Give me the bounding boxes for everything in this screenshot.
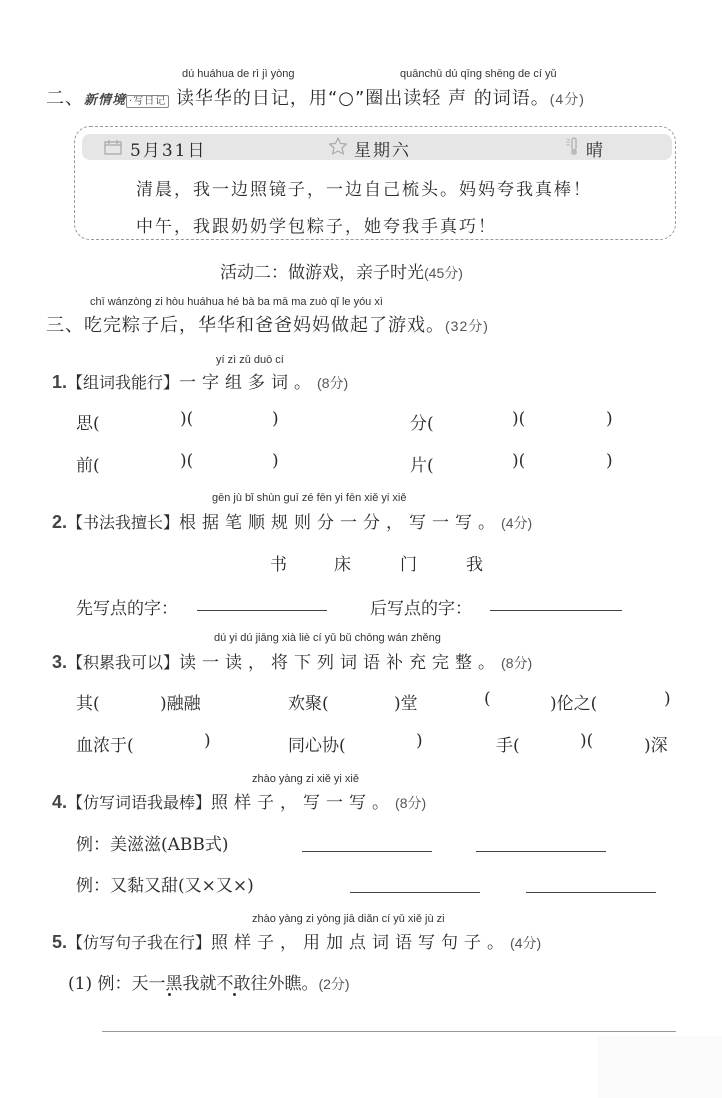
label-last-dot: 后写点的字： bbox=[370, 594, 472, 619]
word-blank: 分( bbox=[410, 409, 434, 434]
answer-line[interactable] bbox=[350, 892, 480, 893]
word-blank[interactable]: ) bbox=[606, 451, 613, 471]
question-text: 根据笔顺规则分一分，写一写。 bbox=[179, 513, 501, 533]
question-number: 5. bbox=[52, 932, 67, 952]
idiom-blank[interactable]: )( bbox=[580, 731, 593, 751]
emphasis-dot bbox=[168, 993, 171, 996]
idiom-blank[interactable]: ) bbox=[416, 731, 423, 751]
activity-title: 活动二：做游戏，亲子时光(45分) bbox=[220, 258, 463, 283]
score: (32分) bbox=[445, 318, 489, 334]
scan-artifact bbox=[598, 1036, 722, 1098]
idiom-blank[interactable]: )融融 bbox=[160, 689, 201, 714]
answer-line[interactable] bbox=[102, 1031, 676, 1032]
char-men: 门 bbox=[400, 550, 417, 575]
section-3-heading: 三、吃完粽子后，华华和爸爸妈妈做起了游戏。(32分) bbox=[46, 311, 489, 337]
idiom-blank[interactable]: )深 bbox=[644, 731, 668, 756]
section-number: 三、 bbox=[46, 315, 84, 336]
idiom-blank: 手( bbox=[496, 731, 520, 756]
emphasis-dot bbox=[233, 993, 236, 996]
question-1-heading: 1.【组词我能行】一字组多词。(8分) bbox=[52, 368, 348, 393]
scenario-badge: 新情境 bbox=[84, 93, 126, 108]
sentence-example-text: (1) 例：天一黑我就不敢往外瞧。 bbox=[68, 974, 318, 994]
section-number: 二、 bbox=[46, 88, 84, 109]
instruction-text: 圈出读轻 声 的词语。 bbox=[365, 88, 549, 109]
question-3-heading: 3.【积累我可以】读一读，将下列词语补充完整。(8分) bbox=[52, 648, 532, 673]
score: (8分) bbox=[501, 655, 532, 671]
diary-line-2: 中午，我跟奶奶学包粽子，她夸我手真巧！ bbox=[136, 212, 497, 237]
diary-weather: 晴 bbox=[586, 136, 605, 161]
word-blank: 片( bbox=[410, 451, 434, 476]
pinyin-line: zhào yàng zi xiě yi xiě bbox=[252, 773, 359, 785]
pinyin-line: dú yi dú jiāng xià liè cí yǔ bǔ chōng wá… bbox=[214, 632, 441, 644]
word-blank: 思( bbox=[76, 409, 100, 434]
char-wo: 我 bbox=[466, 550, 483, 575]
score: (4分) bbox=[510, 935, 541, 951]
idiom-blank: 欢聚( bbox=[288, 689, 329, 714]
score: (8分) bbox=[395, 795, 426, 811]
question-number: 1. bbox=[52, 372, 67, 392]
diary-date: 5月31日 bbox=[130, 136, 206, 161]
thermometer-icon bbox=[564, 136, 582, 160]
label-first-dot: 先写点的字： bbox=[76, 594, 178, 619]
score: (4分) bbox=[501, 515, 532, 531]
question-4-heading: 4.【仿写词语我最棒】照样子，写一写。(8分) bbox=[52, 788, 426, 813]
score: (45分) bbox=[424, 265, 463, 281]
question-text: 一字组多词。 bbox=[179, 373, 317, 393]
question-text: 读一读，将下列词语补充完整。 bbox=[179, 653, 501, 673]
question-text: 照样子，写一写。 bbox=[211, 793, 395, 813]
answer-line-last[interactable] bbox=[490, 610, 622, 611]
idiom-blank: 其( bbox=[76, 689, 100, 714]
score: (2分) bbox=[318, 976, 349, 992]
circle-symbol: “○” bbox=[328, 88, 365, 109]
word-blank: 前( bbox=[76, 451, 100, 476]
char-shu: 书 bbox=[270, 550, 287, 575]
char-chuang: 床 bbox=[334, 550, 351, 575]
score: (8分) bbox=[317, 375, 348, 391]
score: (4分) bbox=[550, 91, 585, 107]
diary-badge: ·写日记 bbox=[126, 95, 169, 108]
word-blank[interactable]: ) bbox=[272, 409, 279, 429]
idiom-blank[interactable]: )伦之( bbox=[550, 689, 597, 714]
idiom-blank[interactable]: ) bbox=[664, 689, 671, 709]
pinyin-line: chī wánzòng zi hòu huáhua hé bà ba mā ma… bbox=[90, 296, 383, 308]
pinyin-line: dú huáhua de rì jì yòng bbox=[182, 68, 295, 80]
word-blank[interactable]: )( bbox=[180, 409, 193, 429]
question-5-heading: 5.【仿写句子我在行】照样子，用加点词语写句子。(4分) bbox=[52, 928, 541, 953]
word-blank[interactable]: ) bbox=[272, 451, 279, 471]
question-text: 照样子，用加点词语写句子。 bbox=[211, 933, 510, 953]
sentence-example: (1) 例：天一黑我就不敢往外瞧。(2分) bbox=[68, 969, 350, 994]
answer-line[interactable] bbox=[476, 851, 606, 852]
idiom-blank[interactable]: ( bbox=[484, 689, 491, 709]
star-icon bbox=[328, 137, 348, 159]
section-2-heading: 二、新情境·写日记 读华华的日记，用“○”圈出读轻 声 的词语。(4分) bbox=[46, 84, 585, 110]
example-you-you: 例：又黏又甜(又×又×) bbox=[76, 871, 254, 896]
diary-line-1: 清晨，我一边照镜子，一边自己梳头。妈妈夸我真棒！ bbox=[136, 175, 592, 200]
question-number: 2. bbox=[52, 512, 67, 532]
question-tag: 【仿写句子我在行】 bbox=[67, 933, 211, 952]
pinyin-line: gēn jù bǐ shùn guī zé fēn yi fēn xiě yi … bbox=[212, 492, 406, 504]
word-blank[interactable]: )( bbox=[180, 451, 193, 471]
idiom-blank: 同心协( bbox=[288, 731, 346, 756]
idiom-blank: 血浓于( bbox=[76, 731, 134, 756]
word-blank[interactable]: )( bbox=[512, 409, 525, 429]
question-tag: 【组词我能行】 bbox=[67, 373, 179, 392]
question-tag: 【书法我擅长】 bbox=[67, 513, 179, 532]
question-tag: 【积累我可以】 bbox=[67, 653, 179, 672]
activity-title-text: 活动二：做游戏，亲子时光 bbox=[220, 263, 424, 283]
idiom-blank[interactable]: ) bbox=[204, 731, 211, 751]
pinyin-line: zhào yàng zi yòng jiā diǎn cí yǔ xiě jù … bbox=[252, 913, 445, 925]
example-abb: 例：美滋滋(ABB式) bbox=[76, 830, 229, 855]
question-tag: 【仿写词语我最棒】 bbox=[67, 793, 211, 812]
section-3-text: 吃完粽子后，华华和爸爸妈妈做起了游戏。 bbox=[84, 315, 445, 336]
answer-line[interactable] bbox=[302, 851, 432, 852]
question-number: 3. bbox=[52, 652, 67, 672]
answer-line-first[interactable] bbox=[197, 610, 327, 611]
instruction-text: 读华华的日记，用 bbox=[176, 88, 328, 109]
question-number: 4. bbox=[52, 792, 67, 812]
word-blank[interactable]: )( bbox=[512, 451, 525, 471]
pinyin-line: quānchū dú qīng shēng de cí yǔ bbox=[400, 68, 557, 80]
question-2-heading: 2.【书法我擅长】根据笔顺规则分一分，写一写。(4分) bbox=[52, 508, 532, 533]
diary-weekday: 星期六 bbox=[354, 136, 411, 161]
pinyin-line: yí zì zǔ duō cí bbox=[216, 354, 284, 366]
answer-line[interactable] bbox=[526, 892, 656, 893]
calendar-icon bbox=[104, 139, 122, 159]
word-blank[interactable]: ) bbox=[606, 409, 613, 429]
idiom-blank[interactable]: )堂 bbox=[394, 689, 418, 714]
